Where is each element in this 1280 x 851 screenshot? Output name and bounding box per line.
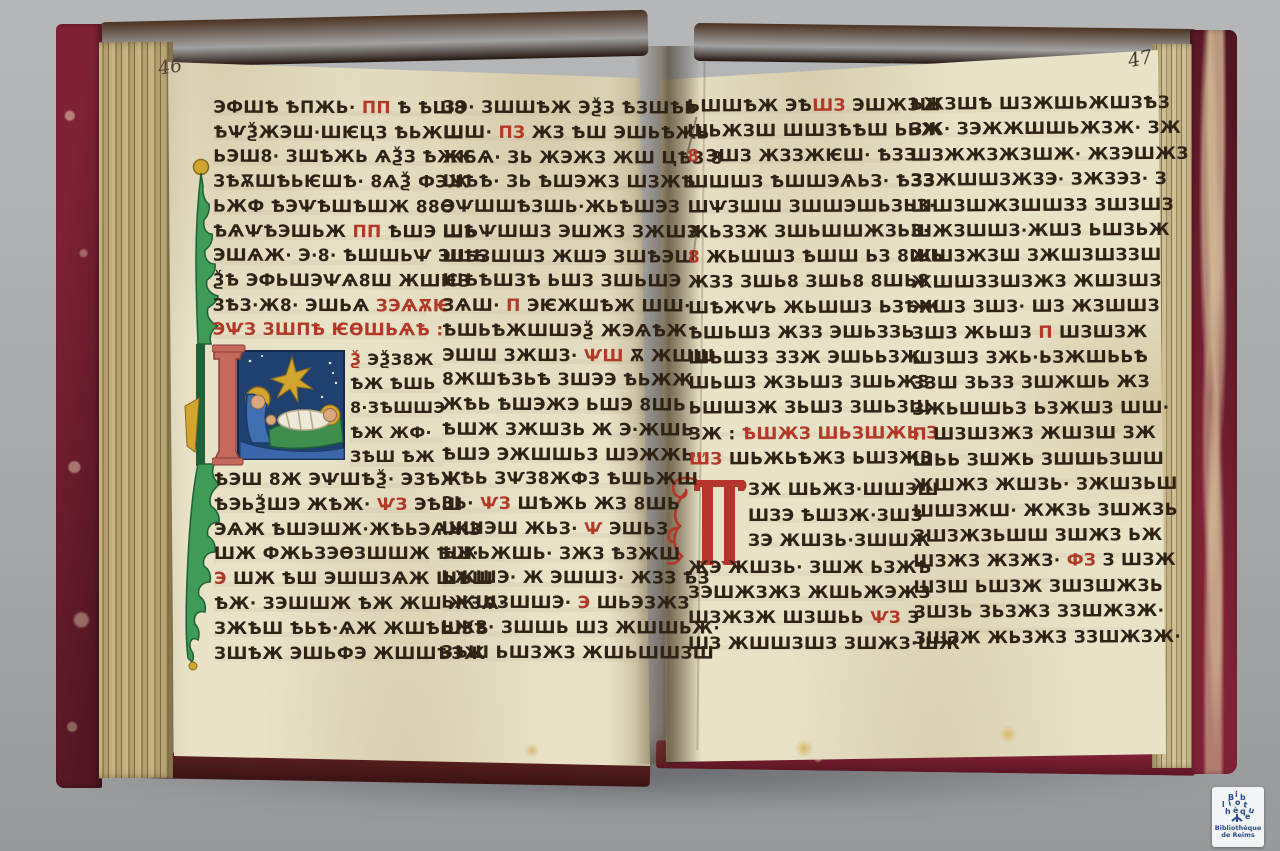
manuscript-text-line: ЗШѢЖ ЭШЬФЭ ЖШШѢЭЖ bbox=[214, 642, 430, 667]
left-column-1-lower-text: ѢЭШ 8Ж ЭѰШѢѮ· ЭЗѢЖѢЭЬѮШЭ ЖѢЖ· ѰЗ ЭѢШЭѦЖ … bbox=[214, 468, 430, 666]
manuscript-text-line: ЗЖ : ѢШЖЗ ШЬЗШЖЬ З bbox=[689, 421, 903, 447]
right-cover-board bbox=[1190, 30, 1237, 774]
right-column-1-beside-initial-text: ЗЖ ШЬЖЗ·ШШЗШШЗЭ ѢШЗЖ·ЗШЗЗЭ ЖШЗЬ·ЗШШЖ bbox=[748, 478, 904, 555]
manuscript-text-line: ШѰЗШШ ЗШШЭШЬЗЬЗ· bbox=[688, 194, 902, 220]
manuscript-text-line: ЗѢШ ЬШЗЖЗ ЖШЬШШЗШ bbox=[441, 640, 645, 665]
manuscript-text-line: ѢЭШ 8Ж ЭѰШѢѮ· ЭЗѢЖ bbox=[214, 468, 430, 493]
manuscript-text-line: ЗЭ ЖШЗЬ·ЗШШЖ bbox=[748, 529, 904, 555]
manuscript-text-line: ЭФШѢ ѢПЖЬ· ПП Ѣ ѢШ8 bbox=[213, 96, 427, 121]
manuscript-text-line: ЖШЗ ЗШЗ· ШЗ ЖЗШШЗ bbox=[911, 295, 1121, 322]
manuscript-text-line: ЗЖ· ЗЭЖЖШШЬЖЗЖ· ЗЖ bbox=[910, 117, 1120, 144]
manuscript-text-line: ШЬШЗЗ ЗЗЖ ЭШЬЬЗЖ bbox=[688, 345, 902, 371]
manuscript-text-line: Э ШЖ ѢШ ЭШШЗѦЖ ШѢШ bbox=[214, 567, 430, 592]
wax-stain bbox=[998, 726, 1018, 743]
manuscript-text-line: ЖШШЗЗШЗЖЗ ЖШЗШЗ bbox=[911, 269, 1121, 296]
gold-bud-small bbox=[189, 662, 197, 670]
manuscript-text-line: ѢѦѰѢЭШЬЖ ПП ѢШЭ ШЬ bbox=[213, 219, 427, 244]
manuscript-text-line: 8ЖШѢЗЬѢ ЗШЭЭ ѢЬЖЖ bbox=[442, 368, 646, 393]
manuscript-text-line: ЗЭ· ЗШШѢЖ ЭѮЗ ѢЗШѢЬ bbox=[443, 96, 647, 121]
stamp-text-line2: de Reims bbox=[1212, 832, 1264, 839]
manuscript-text-line: ЗЗЖШШЗЖЗЭ· ЗЖЗЭЗ· З bbox=[911, 167, 1121, 194]
manuscript-text-line: ЬЖШЭ· Ж ЭШШЗ· ЖЗЗ ѢЗ bbox=[441, 566, 645, 591]
manuscript-text-line: ЖЬѦ· ЗЬ ЖЭЖЗ ЖШ ЦѢЗ 8 bbox=[443, 145, 647, 170]
manuscript-text-line: ЗѢШ ѢЖ bbox=[350, 445, 442, 469]
manuscript-text-line: ЗШЗЬ ЗЬЗЖЗ ЗЗШЖЗЖ· bbox=[914, 599, 1124, 626]
manuscript-text-line: ЖШЗЖЗШ ЗЖШЗШЗЗШ bbox=[911, 244, 1121, 271]
manuscript-text-line: ЬЖЗ· ЗШШЬ ШЗ ЖШШЬЖ· bbox=[441, 615, 645, 640]
manuscript-text-line: ЗЬ· ѰЗ ШѢЖЬ ЖЗ 8ШЬ bbox=[442, 492, 646, 517]
manuscript-text-line: ШЗЖЗ ЖЗЖЗ· ФЗ З ШЗЖ bbox=[913, 549, 1123, 576]
manuscript-text-line: ШЗ ЖШШЗШЗ ЗШЖЗ·ШЖ bbox=[688, 632, 904, 657]
manuscript-text-line: ЗЭШЖЗЖЗ ЖШЬЖЭЖЗ bbox=[688, 581, 904, 606]
manuscript-text-line: ЭѦЖ ѢШЭШЖ·ЖѢЬЭѦЖЗ bbox=[214, 518, 430, 543]
mary-face bbox=[251, 395, 265, 409]
svg-text:è: è bbox=[1233, 805, 1239, 815]
manuscript-text-line: ЖЭ ЖШЗЬ· ЗШЖ ЬЗЖѢ bbox=[688, 556, 904, 581]
manuscript-text-line: ШЬЬ ЗШЖЬ ЗШШЬЗШШ bbox=[913, 447, 1123, 474]
left-column-2-text: ЗЭ· ЗШШѢЖ ЭѮЗ ѢЗШѢЬШШ· ПЗ ЖЗ ѢШ ЭШЬѢЖЬЖЬ… bbox=[441, 96, 647, 666]
manuscript-text-line: ЗЖѢШ ѢЬѢ·ѦЖ ЖШѢШЗѢ bbox=[214, 617, 430, 642]
manuscript-text-line: ШШЗЖШ· ЖЖЗЬ ЗШЖЗЬ bbox=[913, 498, 1123, 525]
manuscript-text-line: ѮѢ ЭФЬШЭѰѦ8Ш ЖШѤЗ bbox=[213, 269, 427, 294]
manuscript-text-line: ЭѰШШѢЗШЬ·ЖЬѢШЭЗ bbox=[443, 195, 647, 220]
right-column-2-text: ЬЖЗШѢ ШЗЖШЬЖШЗѢЗЗЖ· ЗЭЖЖШШЬЖЗЖ· ЗЖШЗЖЖЗЖ… bbox=[910, 91, 1124, 651]
manuscript-text-line: ЖѢЬ ѢШЭЖЭ ЬШЭ 8ШЬ bbox=[442, 393, 646, 418]
manuscript-text-line: ѢЖЬЖШЬ· ЗЖЗ ѢЗЖШ bbox=[441, 541, 645, 566]
manuscript-text-line: 8·ЗѢШШЭ bbox=[350, 396, 442, 420]
right-column-1-upper-text: ЬШШѢЖ ЭѢШЗ ЭШЖЗШШЬЖЗШ ШШЗѢѢШ ЬЬЖ8 ЭШЗ ЖЗ… bbox=[687, 93, 903, 472]
library-stamp: Bib li ot hèq ue Bibliothèque de Reims bbox=[1212, 787, 1264, 847]
manuscript-text-line: ЬЖЗШѢ ШЗЖШЬЖШЗѢЗ bbox=[910, 91, 1120, 118]
manuscript-text-line: ѢШЬѢЖШШЭѮ ЖЭѦѢЖ bbox=[442, 318, 646, 343]
folio-number-left: 46 bbox=[156, 54, 183, 80]
manuscript-text-line: ШЗШ ЬШЗЖ ЗШЗШЖЗЬ bbox=[913, 574, 1123, 601]
manuscript-text-line: ШЬШЗ ЖЗЬШЗ ЗШЬЖЗ bbox=[688, 371, 902, 397]
manuscript-text-line: Ѯ ЭѮЗ8Ж bbox=[350, 348, 442, 372]
manuscript-text-line: ЗШЗ ЖЬШЗ П ШЗШЗЖ bbox=[912, 320, 1122, 347]
left-cover-board bbox=[56, 24, 102, 788]
manuscript-text-line: ЖЬЗЗЖ ЗШЬШШЖЗЬЗ· bbox=[688, 219, 902, 245]
manuscript-text-line: ШЗ ШЬЖЬѢЖЗ ЬШЗЖЗ bbox=[689, 446, 903, 472]
manuscript-text-line: ШШ· ПЗ ЖЗ ѢШ ЭШЬѢЖЬ bbox=[443, 120, 647, 145]
manuscript-text-line: ШЗШЗ ЗЖЬ·ЬЗЖШЬЬѢ bbox=[912, 345, 1122, 372]
manuscript-text-line: ЗѦШ· П ЭѤЖШѢЖ ШШ· bbox=[442, 294, 646, 319]
manuscript-text-line: 8 ЭШЗ ЖЗЗЖѤШ· ѢЗЗ bbox=[687, 144, 901, 170]
manuscript-text-line: ШЗЖЗЖ ШЗШЬЬ ѰЗ З bbox=[688, 606, 904, 631]
frame-bottom-serif bbox=[212, 458, 243, 465]
manuscript-text-line: ЗЖЬШШЬЗ ЬЗЖШЗ ШШ· bbox=[912, 396, 1122, 423]
manuscript-text-line: ѰѢЬ ЗѰЗ8ЖФЗ ѢШЬЖШ bbox=[442, 467, 646, 492]
manuscript-text-line: ШШШЗ ѢШШЭѦЬЗ· ѢЗЗ bbox=[687, 169, 901, 195]
manuscript-text-line: ШѢѢ· ЗЬ ѢШЭЖЗ ШЗЖѢ bbox=[443, 170, 647, 195]
canopy-letters: Bib li ot hèq ue bbox=[1222, 790, 1256, 821]
manuscript-text-line: ЭѰЗ ЗШПѢ ѤѲШЬѦѢ : bbox=[213, 318, 427, 343]
wax-stain bbox=[524, 744, 540, 757]
manuscript-text-line: ШЬЖЗШ ШШЗѢѢШ ЬЬЖ bbox=[687, 119, 901, 145]
manuscript-text-line: ЖШЖЗ ЖШЗЬ· ЗЖШЗЬШ bbox=[913, 472, 1123, 499]
left-column-1-upper-text: ЭФШѢ ѢПЖЬ· ПП Ѣ ѢШ8ѢѰѮЖЭШ·ШѤЦЗ ѢЬЖШЬЭШ8·… bbox=[213, 96, 428, 344]
manuscript-text-line: ШШЭШ ЖЬЗ· Ѱ ЭШЬЗ bbox=[441, 516, 645, 541]
letter-stem-right bbox=[724, 487, 735, 561]
frame-top-serif bbox=[212, 345, 245, 352]
manuscript-text-line: ЗѢѪШѢЬѤШѢ· 8ѦѮ ФЭЖ bbox=[213, 170, 427, 195]
manuscript-text-line: ЭШѦЖ· Э·8· ѢШШЬѰ ЭШѢ bbox=[213, 244, 427, 269]
letter-stem-left bbox=[702, 487, 713, 561]
mary-hands bbox=[266, 415, 276, 425]
manuscript-text-line: ШЖ ФЖЬЗЭѲЗШШЖ ѢШ· bbox=[214, 542, 430, 567]
manuscript-photograph: 46 47 пгл ЭФШѢ ѢПЖЬ· ПП Ѣ ѢШ8ѢѰѮЖЭШ·ШѤЦЗ… bbox=[0, 0, 1280, 851]
manuscript-text-line: ѢШЭ ЭЖШШЬЗ ШЭЖЖЬ bbox=[442, 442, 646, 467]
manuscript-text-line: ЗШЗЖЗЬШШ ЗШЖЗ ЬЖ bbox=[913, 523, 1123, 550]
manuscript-text-line: ЬЖШЗШШЭ· Э ШЬЭЗЖЗ bbox=[441, 591, 645, 616]
manuscript-text-line: ШѢЖѰЬ ЖЬШШЗ ЬЗѢЖ bbox=[688, 295, 902, 321]
manuscript-text-line: ЬЖФ ѢЭѰѢШѢШЖ 88Ѳ bbox=[213, 194, 427, 219]
left-page-stack-edges bbox=[99, 42, 173, 779]
manuscript-text-line: ЗЗШ ЗЬЗЗ ЗШЖШЬ ЖЗ bbox=[912, 371, 1122, 398]
manuscript-text-line: ЬЭШ8· ЗШѢЖЬ ѦѮЗ ѢЖѤ bbox=[213, 145, 427, 170]
manuscript-text-line: П ШЗШЗЖЗ ЖШЗШ ЗЖ bbox=[912, 422, 1122, 449]
manuscript-text-line: 8 ЖЬШШЗ ѢШШ ЬЗ 8ШЬ bbox=[688, 245, 902, 271]
manuscript-text-line: ШѢѢШЗѢ ЬШЗ ЗШЬШЭ bbox=[442, 269, 646, 294]
letter-tree-emblem: Bib li ot hèq ue bbox=[1216, 789, 1260, 825]
manuscript-text-line: ШЗЖЖЗЖЗШЖ· ЖЗЭШЖЗ bbox=[910, 142, 1120, 169]
manuscript-text-line: ѢЭЬѮШЭ ЖѢЖ· ѰЗ ЭѢШ bbox=[214, 493, 430, 518]
manuscript-text-line: ШЖЗШШЗ·ЖШЗ ЬШЗЬЖ bbox=[911, 218, 1121, 245]
manuscript-text-line: ЗШЗЖ ЖЬЗЖЗ ЗЗШЖЗЖ· bbox=[914, 625, 1124, 652]
gold-bud bbox=[194, 160, 209, 175]
left-column-1-beside-initial-text: Ѯ ЭѮЗ8ЖѢЖ ѢШЬ8·ЗѢШШЭѢЖ ЖФ·ЗѢШ ѢЖ bbox=[350, 348, 442, 469]
manuscript-text-line: ЖЗЗ ЗШЬ8 ЗШЬ8 8ШЬ8 bbox=[688, 270, 902, 296]
manuscript-text-line: ѢШЖ ЗЖШЗЬ Ж Э·ЖШЬ bbox=[442, 417, 646, 442]
manuscript-text-line: ЗЖ ШЬЖЗ·ШШЗШ bbox=[748, 478, 904, 504]
manuscript-text-line: ЗѢЗ·Ж8· ЭШЬѦ ЗЭѦѪѤ bbox=[213, 293, 427, 318]
letter-top-bar bbox=[694, 480, 747, 491]
manuscript-text-line: ѢЖ ЖФ· bbox=[350, 421, 442, 445]
manuscript-text-line: ѢѰѮЖЭШ·ШѤЦЗ ѢЬЖШ bbox=[213, 120, 427, 145]
manuscript-text-line: ѢЖ· ЗЭШШЖ ѢЖ ЖШ ЖЗѦ· bbox=[214, 592, 430, 617]
christ-face bbox=[324, 409, 337, 422]
manuscript-text-line: ЭШШ ЗЖШЗ· ѰШ Ѫ ЖШШ bbox=[442, 343, 646, 368]
manuscript-text-line: ШѢѰШШЗ ЭШЖЗ ЗЖШЭ bbox=[442, 219, 646, 244]
svg-text:h: h bbox=[1225, 807, 1231, 816]
manuscript-text-line: ѢШЬШЗ ЖЗЗ ЭШЬЗЗЬ bbox=[688, 320, 902, 346]
manuscript-text-line: ЬШШѢЖ ЭѢШЗ ЭШЖЗШ bbox=[687, 93, 901, 119]
illuminated-initial-nativity bbox=[212, 343, 346, 467]
manuscript-text-line: ѢЖ ѢШЬ bbox=[350, 372, 442, 396]
manuscript-text-line: ЬШШЗЖ ЗЬШЗ ЗШЬЗШ bbox=[689, 396, 903, 422]
manuscript-text-line: ШЗЭ ѢШЗЖ·ЗШЗ bbox=[748, 504, 904, 530]
right-column-1-lower-text: ЖЭ ЖШЗЬ· ЗШЖ ЬЗЖѢЗЭШЖЗЖЗ ЖШЬЖЭЖЗШЗЖЗЖ ШЗ… bbox=[688, 556, 904, 657]
top-cover-edge-left bbox=[100, 10, 649, 68]
svg-text:e: e bbox=[1245, 812, 1251, 821]
manuscript-text-line: ШѢЗШШЗ ЖШЭ ЗШѢЭШ bbox=[442, 244, 646, 269]
manuscript-text-line: ШШЗШЖЗШШЗЗ ЗШЗШЗ bbox=[911, 193, 1121, 220]
wax-stain bbox=[794, 740, 814, 757]
